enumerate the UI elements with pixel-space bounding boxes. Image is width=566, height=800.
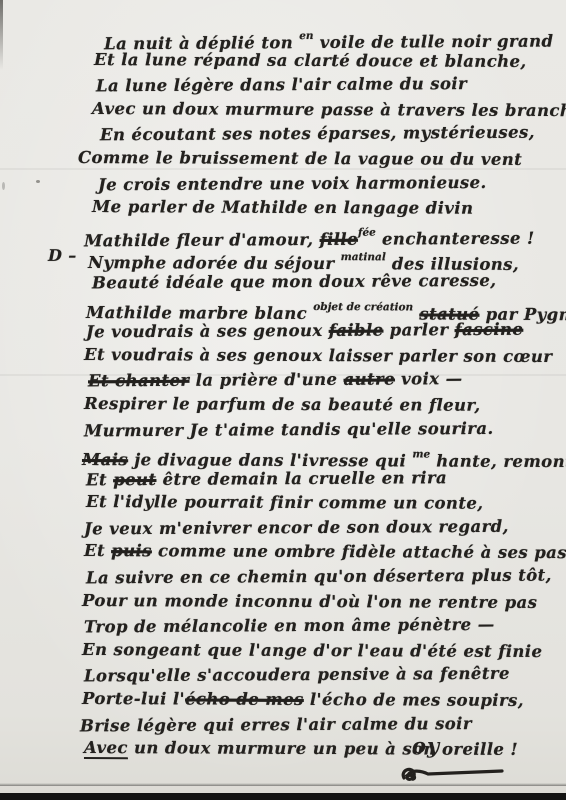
superscript-insertion: me [412, 449, 430, 461]
manuscript-line: Et voudrais à ses genoux laisser parler … [78, 343, 548, 370]
bottom-scan-edge [0, 793, 566, 800]
scan-shadow [0, 783, 566, 786]
superscript-insertion: objet de création [313, 301, 413, 313]
line-text: être demain la cruelle en rira [156, 468, 447, 489]
struck-text: faible [329, 321, 384, 340]
manuscript-line: La suivre en ce chemin qu'on désertera p… [78, 564, 548, 591]
struck-text: autre [343, 370, 395, 389]
line-text: Et la lune répand sa clarté douce et bla… [94, 50, 527, 71]
line-text: Et [84, 541, 111, 560]
manuscript-line: Et la lune répand sa clarté douce et bla… [78, 48, 548, 75]
superscript-insertion: fée [358, 226, 376, 238]
manuscript-line: Et chanter la prière d'une autre voix — [78, 367, 548, 394]
line-text: comme une ombre fidèle attaché à ses pas… [152, 542, 566, 563]
line-text: La suivre en ce chemin qu'on désertera p… [86, 566, 552, 588]
manuscript-line: Mathilde marbre blanc objet de création … [78, 294, 548, 321]
manuscript-line: Je voudrais à ses genoux faible parler f… [78, 318, 548, 345]
manuscript-line: La nuit à déplié ton en voile de tulle n… [78, 23, 548, 50]
line-text: En songeant que l'ange d'or l'eau d'été … [82, 640, 542, 661]
line-text: Pour un monde inconnu d'où l'on ne rentr… [82, 591, 537, 612]
line-text: Avec un doux murmure passe à travers les… [92, 99, 566, 120]
struck-text: Et chanter [88, 371, 190, 391]
manuscript-line: Mathilde fleur d'amour, fillefée enchant… [78, 219, 548, 246]
manuscript-text: La nuit à déplié ton en voile de tulle n… [78, 24, 548, 762]
manuscript-line: La lune légère dans l'air calme du soir [78, 72, 548, 99]
struck-text: Mais [82, 450, 128, 469]
manuscript-line: Mais je divague dans l'ivresse qui me ha… [78, 441, 548, 468]
struck-text: fascine [455, 320, 524, 339]
manuscript-line: Porte-lui l'écho de mes l'écho de mes so… [78, 687, 548, 714]
manuscript-line: Je veux m'enivrer encor de son doux rega… [78, 514, 548, 541]
line-text: Beauté idéale que mon doux rêve caresse, [92, 271, 496, 292]
manuscript-line: Lorsqu'elle s'accoudera pensive à sa fen… [78, 662, 548, 689]
line-text: Respirer le parfum de sa beauté en fleur… [84, 394, 481, 415]
line-text: parler [383, 320, 454, 339]
struck-text: écho de mes [185, 689, 304, 709]
manuscript-line: Et puis comme une ombre fidèle attaché à… [78, 539, 548, 566]
line-text: Et l'idylle pourrait finir comme un cont… [86, 492, 484, 513]
line-text: Je crois entendre une voix harmonieuse. [98, 173, 487, 194]
manuscript-line: Me parler de Mathilde en langage divin [78, 195, 548, 222]
struck-text: puis [111, 542, 152, 561]
line-text: l'écho de mes soupirs, [304, 690, 524, 710]
ink-speck [36, 180, 40, 183]
manuscript-line: En songeant que l'ange d'or l'eau d'été … [78, 638, 548, 665]
line-text: voix — [395, 369, 463, 388]
manuscript-line: En écoutant ses notes éparses, mystérieu… [78, 121, 548, 148]
line-text: Lorsqu'elle s'accoudera pensive à sa fen… [84, 664, 510, 686]
line-text: Brise légère qui erres l'air calme du so… [80, 714, 472, 735]
line-text: Murmurer Je t'aime tandis qu'elle sourir… [84, 418, 494, 440]
manuscript-line: Comme le bruissement de la vague ou du v… [78, 146, 548, 173]
line-text: Comme le bruissement de la vague ou du v… [78, 148, 522, 169]
line-text: Avec [84, 738, 128, 759]
manuscript-line: Murmurer Je t'aime tandis qu'elle sourir… [78, 416, 548, 443]
manuscript-line: Et l'idylle pourrait finir comme un cont… [78, 490, 548, 517]
line-text: La lune légère dans l'air calme du soir [96, 74, 467, 95]
manuscript-line: Beauté idéale que mon doux rêve caresse, [78, 269, 548, 296]
manuscript-line: Respirer le parfum de sa beauté en fleur… [78, 392, 548, 419]
ink-speck [2, 182, 5, 190]
superscript-insertion: matinal [341, 251, 386, 263]
signature-text: oy [412, 733, 508, 758]
line-text: Porte-lui l' [82, 689, 185, 708]
manuscript-line: Avec un doux murmure passe à travers les… [78, 97, 548, 124]
manuscript-line: Je crois entendre une voix harmonieuse. [78, 170, 548, 197]
line-text: En écoutant ses notes éparses, mystérieu… [100, 123, 535, 145]
line-text: Je veux m'enivrer encor de son doux rega… [84, 517, 509, 539]
struck-text: peut [113, 470, 156, 489]
margin-note: D – [48, 244, 77, 269]
line-text: Et voudrais à ses genoux laisser parler … [84, 345, 553, 366]
manuscript-line: Pour un monde inconnu d'où l'on ne rentr… [78, 589, 548, 616]
line-text: Trop de mélancolie en mon âme pénètre — [84, 615, 495, 637]
line-text: Et [86, 470, 113, 489]
manuscript-line: Et peut être demain la cruelle en rira [78, 465, 548, 492]
line-text: Me parler de Mathilde en langage divin [92, 197, 473, 218]
line-text: Je voudrais à ses genoux [86, 321, 329, 341]
signature: oy [398, 733, 508, 788]
manuscript-line: D –Nymphe adorée du séjour matinal des i… [78, 244, 548, 271]
superscript-insertion: en [299, 30, 313, 42]
line-text: la prière d'une [189, 370, 343, 390]
manuscript-line: Trop de mélancolie en mon âme pénètre — [78, 613, 548, 640]
manuscript-page: La nuit à déplié ton en voile de tulle n… [0, 0, 566, 793]
